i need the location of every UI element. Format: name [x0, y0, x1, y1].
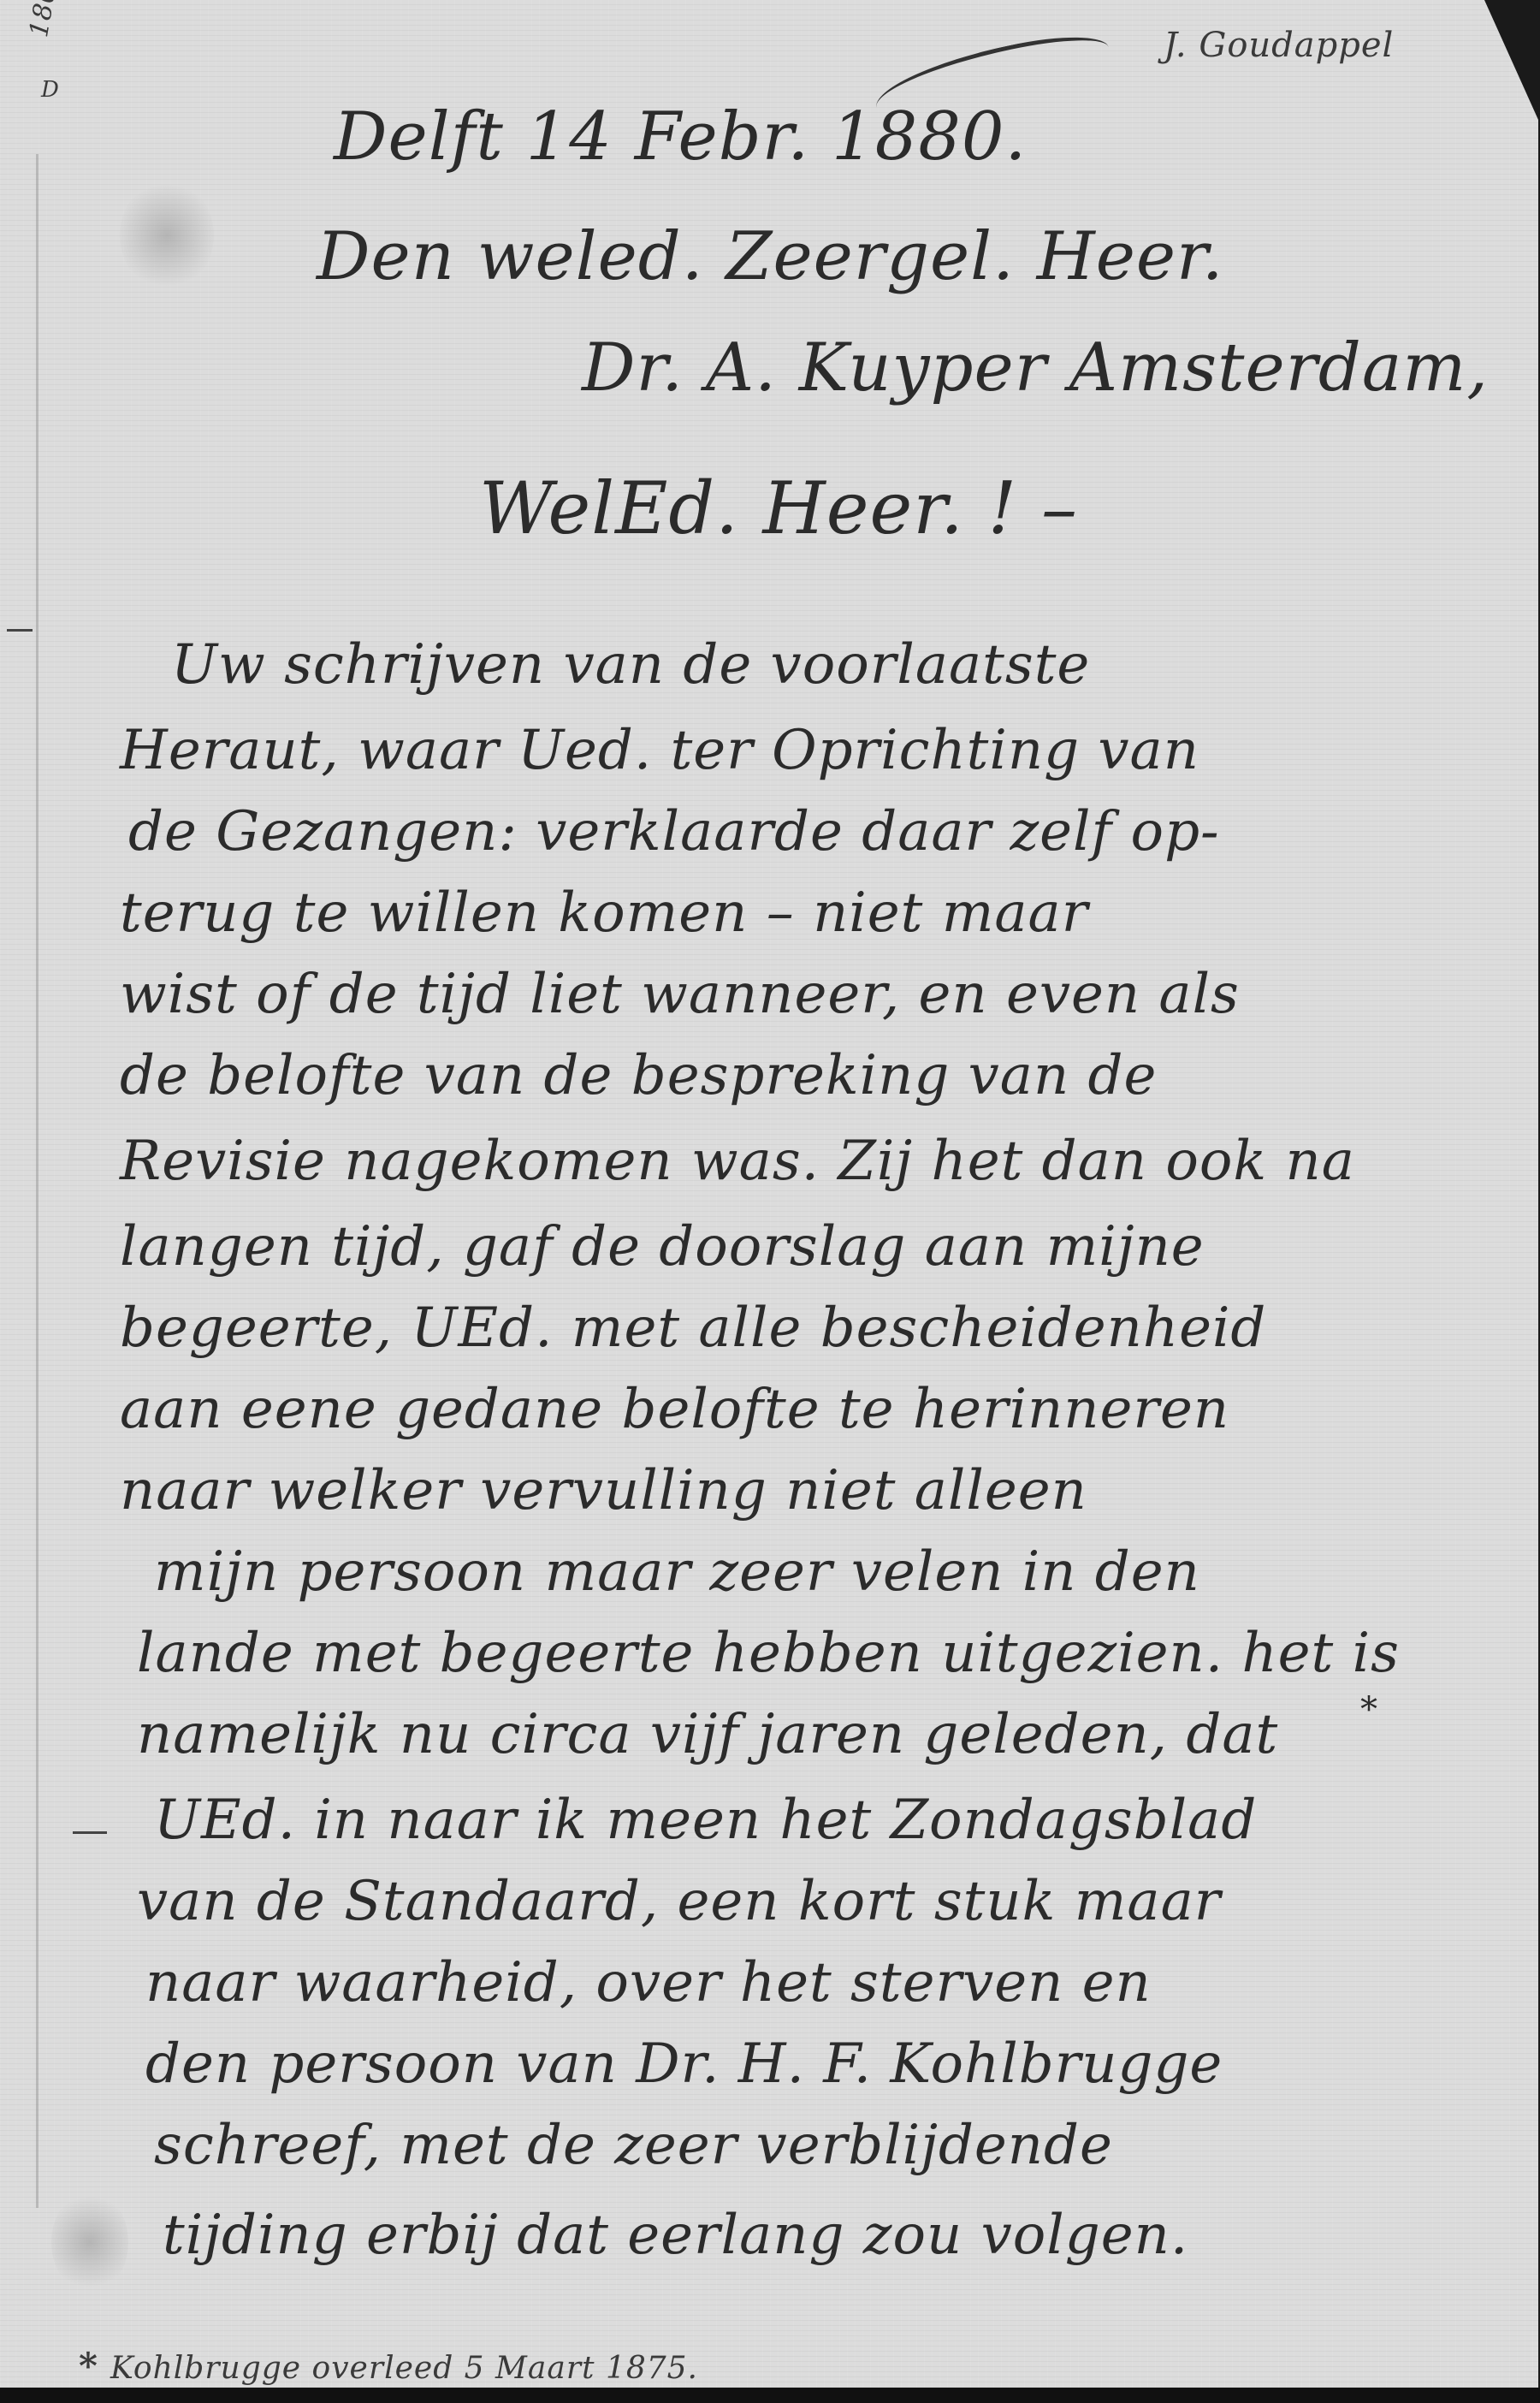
body-line: de Gezangen: verklaarde daar zelf op- [128, 800, 1220, 863]
body-line: van de Standaard, een kort stuk maar [137, 1870, 1221, 1933]
salutation: WelEd. Heer. ! – [479, 466, 1078, 550]
body-line: de belofte van de bespreking van de [120, 1044, 1157, 1107]
paper-stain [120, 180, 214, 291]
body-line: naar waarheid, over het sterven en [145, 1951, 1152, 2014]
letter-page: 1860a D J. Goudappel Delft 14 Febr. 1880… [0, 0, 1538, 2388]
body-line: namelijk nu circa vijf jaren geleden, da… [137, 1703, 1278, 1766]
footnote: *Kohlbrugge overleed 5 Maart 1875. [79, 2345, 698, 2387]
body-line: aan eene gedane belofte te herinneren [120, 1378, 1229, 1441]
body-line: Revisie nagekomen was. Zij het dan ook n… [120, 1130, 1355, 1193]
place-date: Delft 14 Febr. 1880. [334, 98, 1027, 175]
body-line: den persoon van Dr. H. F. Kohlbrugge [145, 2032, 1223, 2096]
addressee-line-2: Dr. A. Kuyper Amsterdam, [582, 329, 1489, 406]
footnote-marker: * [79, 2345, 98, 2387]
addressee-line-1: Den weled. Zeergel. Heer. [317, 218, 1224, 295]
margin-tick [7, 629, 33, 632]
body-line: UEd. in naar ik meen het Zondagsblad [154, 1789, 1257, 1852]
footnote-reference: * [1360, 1690, 1378, 1730]
body-line: lande met begeerte hebben uitgezien. het… [137, 1622, 1400, 1685]
footnote-text: Kohlbrugge overleed 5 Maart 1875. [110, 2351, 698, 2386]
body-line: langen tijd, gaf de doorslag aan mijne [120, 1215, 1205, 1279]
body-line: begeerte, UEd. met alle bescheidenheid [120, 1296, 1266, 1360]
body-line: naar welker vervulling niet alleen [120, 1459, 1087, 1522]
body-line: tijding erbij dat eerlang zou volgen. [163, 2204, 1188, 2267]
body-line: Uw schrijven van de voorlaatste [171, 633, 1090, 697]
author-note: J. Goudappel [1164, 26, 1394, 65]
body-line: mijn persoon maar zeer velen in den [154, 1540, 1200, 1604]
paper-stain [51, 2191, 128, 2293]
body-line: schreef, met de zeer verblijdende [154, 2114, 1113, 2177]
archive-number: 1860a [24, 0, 68, 39]
body-line: Heraut, waar Ued. ter Oprichting van [120, 719, 1199, 782]
body-line: terug te willen komen – niet maar [120, 881, 1088, 945]
scan-border [0, 2388, 1540, 2403]
body-line: wist of de tijd liet wanneer, en even al… [120, 963, 1240, 1026]
archive-mark: D [41, 77, 60, 103]
margin-rule [36, 154, 38, 2208]
margin-tick [73, 1831, 107, 1834]
